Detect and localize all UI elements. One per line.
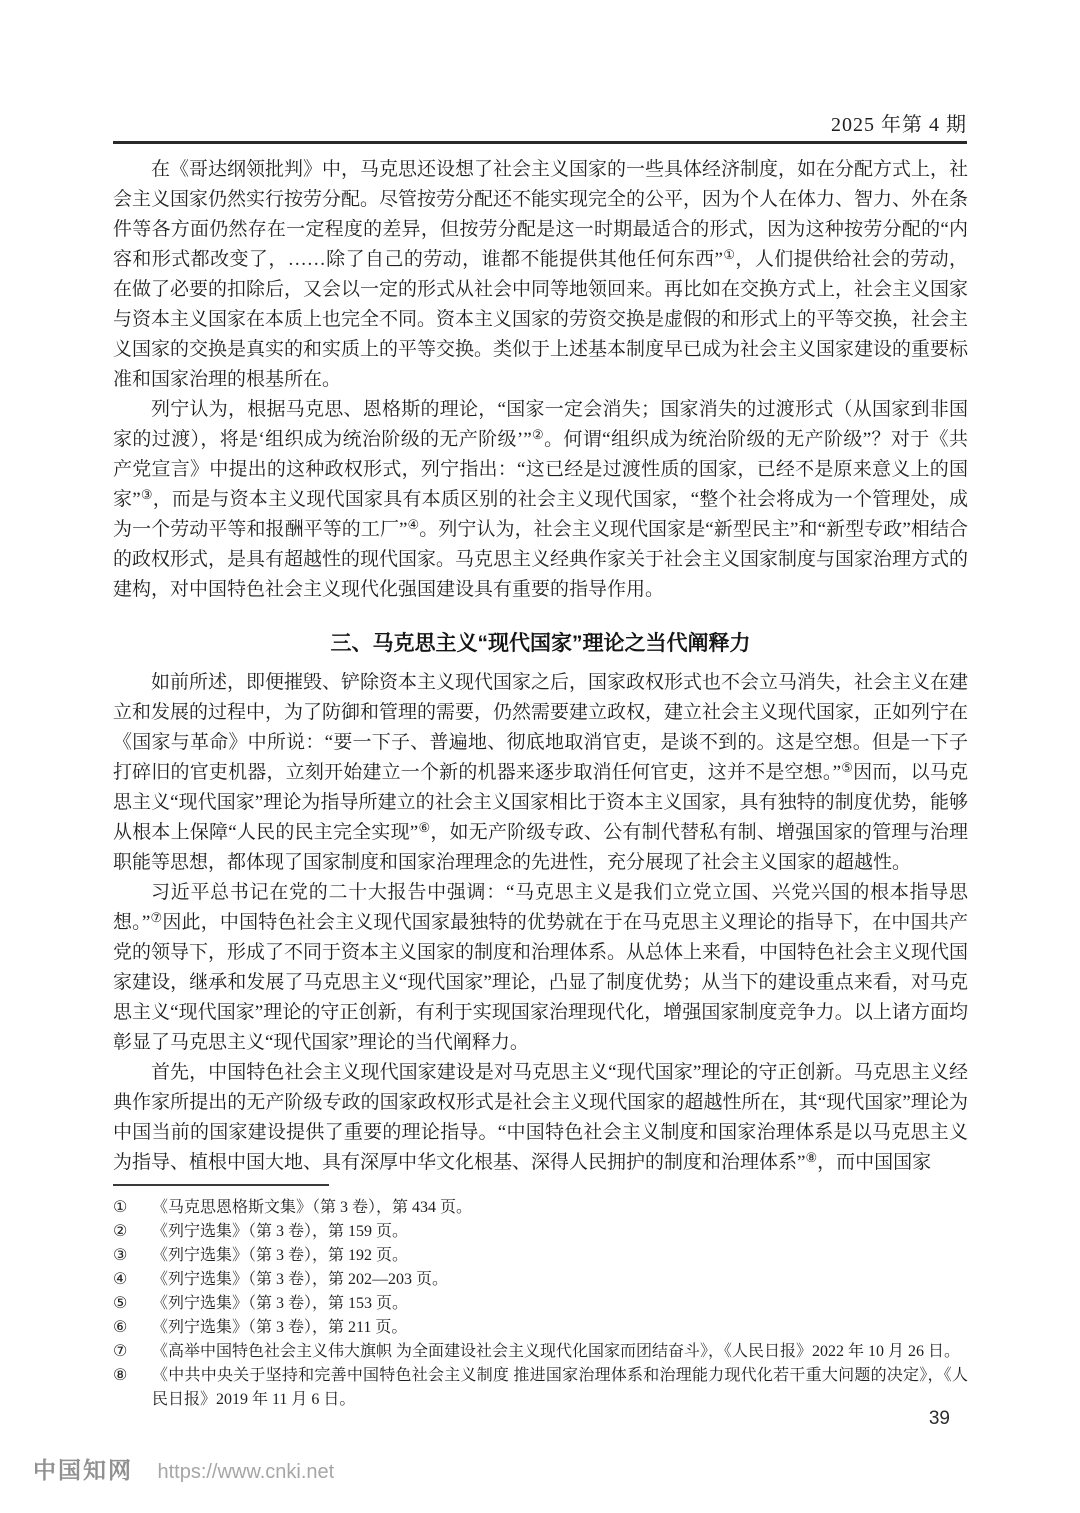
- page-number: 39: [929, 1408, 950, 1430]
- footnote-number: ③: [113, 1244, 152, 1268]
- body-paragraph-2: 列宁认为，根据马克思、恩格斯的理论，“国家一定会消失；国家消失的过渡形式（从国家…: [113, 395, 968, 605]
- body-paragraph-5: 首先，中国特色社会主义现代国家建设是对马克思主义“现代国家”理论的守正创新。马克…: [113, 1058, 968, 1178]
- footnote-text: 《列宁选集》（第 3 卷），第 211 页。: [152, 1316, 968, 1340]
- footnote-text: 《中共中央关于坚持和完善中国特色社会主义制度 推进国家治理体系和治理能力现代化若…: [152, 1364, 968, 1412]
- journal-issue-header: 2025 年第 4 期: [113, 108, 967, 137]
- section-heading: 三、马克思主义“现代国家”理论之当代阐释力: [113, 627, 968, 661]
- footnote-number: ④: [113, 1268, 152, 1292]
- cnki-logo-text: 中国知网: [33, 1457, 133, 1483]
- footnote-text: 《马克思恩格斯文集》（第 3 卷），第 434 页。: [152, 1196, 968, 1220]
- article-body: 在《哥达纲领批判》中，马克思还设想了社会主义国家的一些具体经济制度，如在分配方式…: [113, 155, 968, 1178]
- footnotes-section: ① 《马克思恩格斯文集》（第 3 卷），第 434 页。 ② 《列宁选集》（第 …: [113, 1184, 968, 1412]
- footnote-item: ⑧ 《中共中央关于坚持和完善中国特色社会主义制度 推进国家治理体系和治理能力现代…: [113, 1364, 968, 1412]
- document-page: 2025 年第 4 期 在《哥达纲领批判》中，马克思还设想了社会主义国家的一些具…: [0, 0, 1080, 1513]
- cnki-url: https://www.cnki.net: [157, 1461, 334, 1483]
- footnote-number: ⑥: [113, 1316, 152, 1340]
- footnote-item: ③ 《列宁选集》（第 3 卷），第 192 页。: [113, 1244, 968, 1268]
- footnote-number: ①: [113, 1196, 152, 1220]
- footnote-divider: [113, 1184, 329, 1186]
- footnote-item: ① 《马克思恩格斯文集》（第 3 卷），第 434 页。: [113, 1196, 968, 1220]
- cnki-watermark: 中国知网 https://www.cnki.net: [33, 1452, 334, 1485]
- body-paragraph-1: 在《哥达纲领批判》中，马克思还设想了社会主义国家的一些具体经济制度，如在分配方式…: [113, 155, 968, 395]
- footnote-number: ②: [113, 1220, 152, 1244]
- footnote-number: ⑦: [113, 1340, 152, 1364]
- footnote-text: 《列宁选集》（第 3 卷），第 192 页。: [152, 1244, 968, 1268]
- footnote-number: ⑧: [113, 1364, 152, 1388]
- body-paragraph-4: 习近平总书记在党的二十大报告中强调：“马克思主义是我们立党立国、兴党兴国的根本指…: [113, 878, 968, 1058]
- footnote-text: 《列宁选集》（第 3 卷），第 153 页。: [152, 1292, 968, 1316]
- footnote-item: ⑤ 《列宁选集》（第 3 卷），第 153 页。: [113, 1292, 968, 1316]
- footnote-item: ④ 《列宁选集》（第 3 卷），第 202—203 页。: [113, 1268, 968, 1292]
- body-paragraph-3: 如前所述，即便摧毁、铲除资本主义现代国家之后，国家政权形式也不会立马消失，社会主…: [113, 668, 968, 878]
- footnote-text: 《高举中国特色社会主义伟大旗帜 为全面建设社会主义现代化国家而团结奋斗》，《人民…: [152, 1340, 968, 1364]
- footnote-number: ⑤: [113, 1292, 152, 1316]
- footnote-text: 《列宁选集》（第 3 卷），第 159 页。: [152, 1220, 968, 1244]
- footnote-item: ⑥ 《列宁选集》（第 3 卷），第 211 页。: [113, 1316, 968, 1340]
- header-rule: [113, 141, 967, 144]
- footnote-text: 《列宁选集》（第 3 卷），第 202—203 页。: [152, 1268, 968, 1292]
- footnote-list: ① 《马克思恩格斯文集》（第 3 卷），第 434 页。 ② 《列宁选集》（第 …: [113, 1196, 968, 1412]
- footnote-item: ② 《列宁选集》（第 3 卷），第 159 页。: [113, 1220, 968, 1244]
- footnote-item: ⑦ 《高举中国特色社会主义伟大旗帜 为全面建设社会主义现代化国家而团结奋斗》，《…: [113, 1340, 968, 1364]
